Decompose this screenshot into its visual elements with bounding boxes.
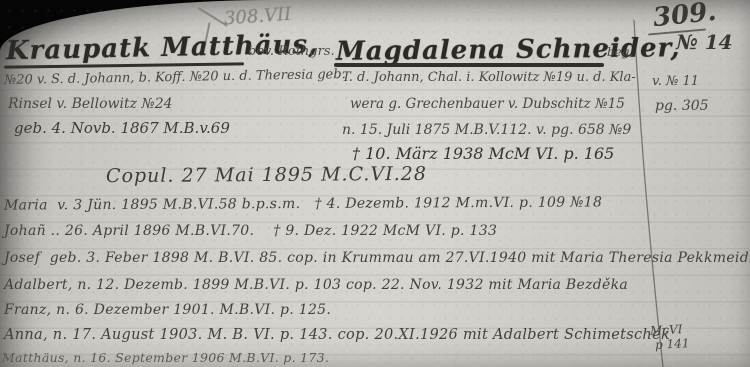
margin-ref-number: v. № 11 xyxy=(652,74,699,89)
margin-ref-page: pg. 305 xyxy=(655,98,709,114)
bride-detail-line-2: wera g. Grechenbauer v. Dubschitz №15 xyxy=(350,96,625,112)
groom-detail-line-2: Rinsel v. Bellowitz №24 xyxy=(8,96,173,112)
bride-death-line: † 10. März 1938 McM VI. p. 165 xyxy=(352,144,614,163)
record-number: № 14 xyxy=(676,30,733,54)
child-row-adalbert: Adalbert, n. 12. Dezemb. 1899 M.B.VI. p.… xyxy=(4,277,628,293)
register-page-scan: 308.VII 309. Kraupatk Matthäus, bev. Rot… xyxy=(0,0,750,367)
child-row-franz: Franz, n. 6. Dezember 1901. M.B.VI. p. 1… xyxy=(4,302,331,318)
child-row-maria: Maria v. 3 Jün. 1895 M.B.VI.58 b.p.s.m. … xyxy=(4,194,602,213)
bride-name-underline xyxy=(334,63,604,67)
bride-detail-line-1: T. d. Johann, Chal. i. Kollowitz №19 u. … xyxy=(342,70,636,85)
margin-note-citation: McVI xyxy=(650,322,683,338)
child-row-johann: Johañ .. 26. April 1896 M.B.VI.70. † 9. … xyxy=(4,223,497,239)
bride-status-note: beg. xyxy=(607,45,633,59)
bride-detail-line-3: n. 15. Juli 1875 M.B.V.112. v. pg. 658 №… xyxy=(342,122,631,138)
groom-status-note: bev. Rothgrs. xyxy=(248,44,335,59)
marriage-record-line: Copul. 27 Mai 1895 M.C.VI.28 xyxy=(106,163,427,187)
groom-detail-line-3: geb. 4. Novb. 1867 M.B.v.69 xyxy=(14,119,230,137)
child-row-matthaeus: Matthäus, n. 16. September 1906 M.B.VI. … xyxy=(2,350,329,365)
child-row-josef: Josef geb. 3. Feber 1898 M. B.VI. 85. co… xyxy=(4,250,750,266)
margin-note-page: p 141 xyxy=(655,336,690,352)
child-row-anna: Anna, n. 17. August 1903. M. B. VI. p. 1… xyxy=(4,327,670,343)
